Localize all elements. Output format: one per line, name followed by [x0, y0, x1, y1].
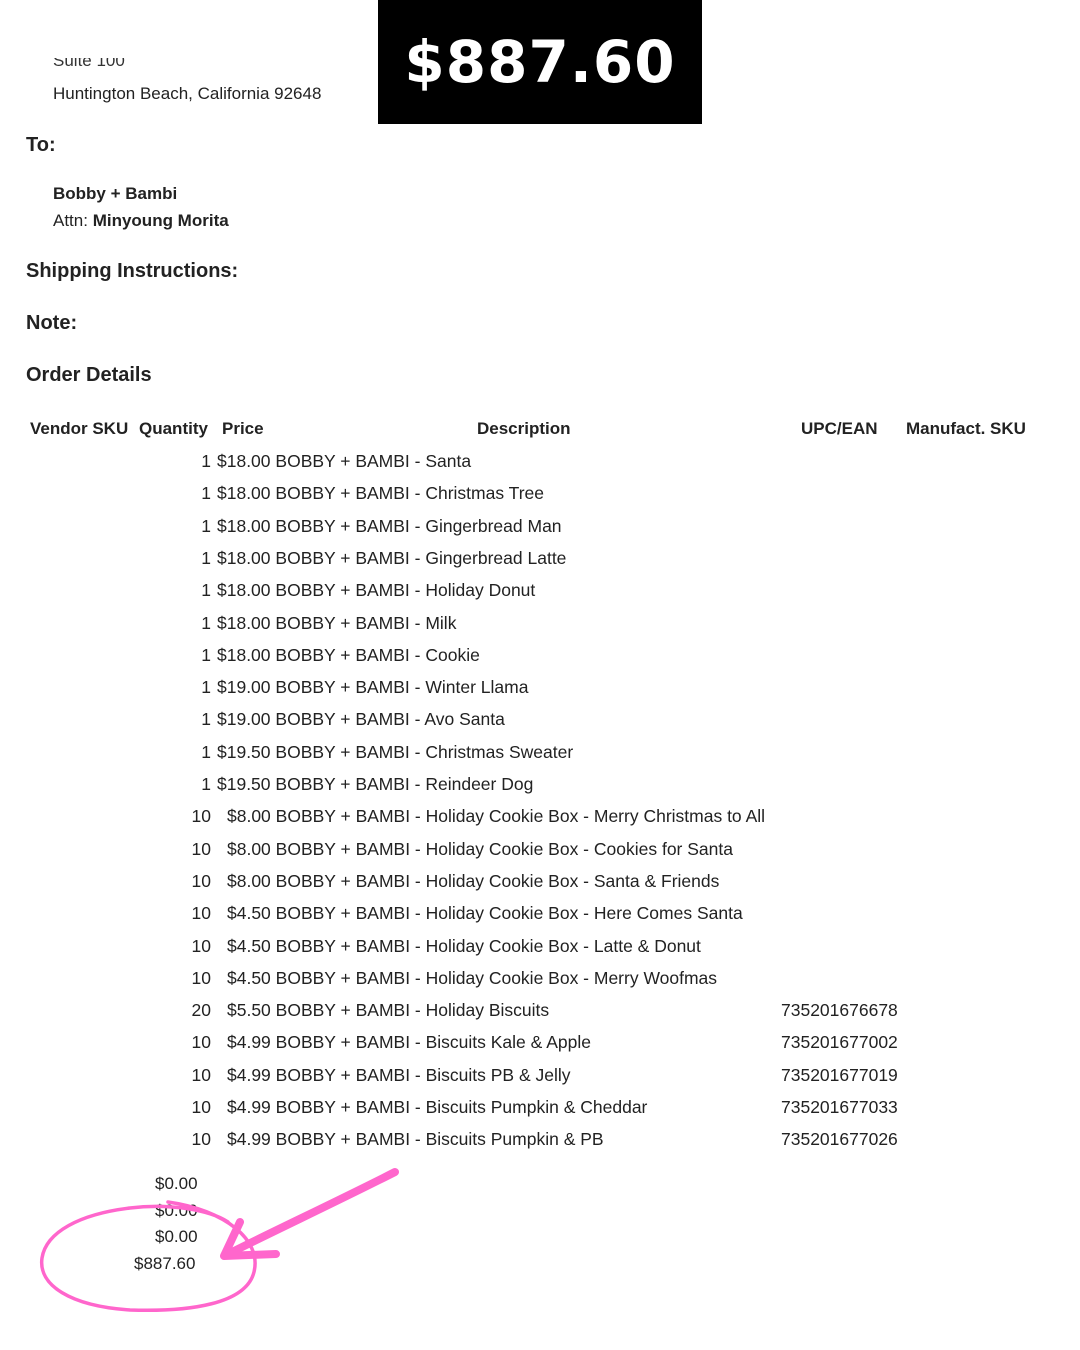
row-price-description: $18.00 BOBBY + BAMBI - Gingerbread Man [217, 516, 562, 537]
row-description: BOBBY + BAMBI - Reindeer Dog [275, 774, 533, 794]
row-price: $8.00 [227, 871, 271, 891]
row-upc: 735201677026 [781, 1129, 898, 1150]
row-quantity: 1 [201, 677, 211, 698]
row-price: $4.99 [227, 1065, 271, 1085]
row-description: BOBBY + BAMBI - Gingerbread Man [275, 516, 561, 536]
row-price-description: $19.00 BOBBY + BAMBI - Winter Llama [217, 677, 528, 698]
row-quantity: 10 [192, 839, 211, 860]
attn-name: Minyoung Morita [93, 211, 229, 230]
col-vendor-sku: Vendor SKU [30, 419, 128, 439]
table-row: 1$19.00 BOBBY + BAMBI - Winter Llama [0, 677, 1080, 709]
row-price: $18.00 [217, 580, 271, 600]
row-quantity: 10 [192, 936, 211, 957]
row-description: BOBBY + BAMBI - Holiday Cookie Box - Coo… [276, 839, 733, 859]
recipient-attn: Attn: Minyoung Morita [53, 211, 229, 231]
total-value: $887.60 [134, 1254, 195, 1274]
table-row: 1$19.00 BOBBY + BAMBI - Avo Santa [0, 709, 1080, 741]
row-price: $8.00 [227, 806, 271, 826]
row-description: BOBBY + BAMBI - Holiday Cookie Box - San… [276, 871, 720, 891]
row-description: BOBBY + BAMBI - Holiday Biscuits [276, 1000, 549, 1020]
row-price: $19.00 [217, 709, 271, 729]
row-price-description: $5.50 BOBBY + BAMBI - Holiday Biscuits [227, 1000, 549, 1021]
row-upc: 735201676678 [781, 1000, 898, 1021]
row-upc: 735201677019 [781, 1065, 898, 1086]
row-price-description: $18.00 BOBBY + BAMBI - Cookie [217, 645, 480, 666]
row-price-description: $4.99 BOBBY + BAMBI - Biscuits Pumpkin &… [227, 1097, 647, 1118]
arrow-shaft-icon [228, 1172, 395, 1254]
row-description: BOBBY + BAMBI - Winter Llama [275, 677, 528, 697]
row-quantity: 20 [192, 1000, 211, 1021]
table-row: 1$19.50 BOBBY + BAMBI - Christmas Sweate… [0, 742, 1080, 774]
row-description: BOBBY + BAMBI - Santa [275, 451, 471, 471]
row-quantity: 10 [192, 1129, 211, 1150]
other-value: $0.00 [155, 1201, 198, 1221]
row-quantity: 10 [192, 968, 211, 989]
row-quantity: 1 [201, 451, 211, 472]
table-row: 10$8.00 BOBBY + BAMBI - Holiday Cookie B… [0, 871, 1080, 903]
row-quantity: 10 [192, 871, 211, 892]
row-price-description: $8.00 BOBBY + BAMBI - Holiday Cookie Box… [227, 839, 733, 860]
col-manufact-sku: Manufact. SKU [906, 419, 1026, 439]
table-row: 10$4.50 BOBBY + BAMBI - Holiday Cookie B… [0, 903, 1080, 935]
row-quantity: 1 [201, 613, 211, 634]
table-row: 1$18.00 BOBBY + BAMBI - Christmas Tree [0, 483, 1080, 515]
row-price: $18.00 [217, 516, 271, 536]
row-description: BOBBY + BAMBI - Christmas Sweater [275, 742, 573, 762]
row-price: $8.00 [227, 839, 271, 859]
row-quantity: 1 [201, 580, 211, 601]
row-price-description: $4.99 BOBBY + BAMBI - Biscuits Pumpkin &… [227, 1129, 604, 1150]
row-price: $18.00 [217, 613, 271, 633]
row-description: BOBBY + BAMBI - Holiday Cookie Box - Her… [276, 903, 743, 923]
row-price-description: $18.00 BOBBY + BAMBI - Holiday Donut [217, 580, 535, 601]
table-row: 1$18.00 BOBBY + BAMBI - Gingerbread Latt… [0, 548, 1080, 580]
note-heading: Note: [26, 312, 77, 335]
row-price-description: $8.00 BOBBY + BAMBI - Holiday Cookie Box… [227, 871, 719, 892]
table-row: 10$4.50 BOBBY + BAMBI - Holiday Cookie B… [0, 968, 1080, 1000]
shipping-instructions-heading: Shipping Instructions: [26, 260, 238, 283]
table-row: 1$18.00 BOBBY + BAMBI - Milk [0, 613, 1080, 645]
table-row: 1$19.50 BOBBY + BAMBI - Reindeer Dog [0, 774, 1080, 806]
table-row: 10$8.00 BOBBY + BAMBI - Holiday Cookie B… [0, 839, 1080, 871]
row-quantity: 1 [201, 774, 211, 795]
row-price-description: $4.50 BOBBY + BAMBI - Holiday Cookie Box… [227, 968, 717, 989]
row-description: BOBBY + BAMBI - Cookie [275, 645, 479, 665]
row-quantity: 10 [192, 903, 211, 924]
row-quantity: 1 [201, 516, 211, 537]
row-price-description: $4.99 BOBBY + BAMBI - Biscuits Kale & Ap… [227, 1032, 591, 1053]
row-quantity: 1 [201, 548, 211, 569]
row-price: $4.50 [227, 903, 271, 923]
row-description: BOBBY + BAMBI - Biscuits Kale & Apple [276, 1032, 591, 1052]
row-price: $4.99 [227, 1032, 271, 1052]
table-row: 10$4.99 BOBBY + BAMBI - Biscuits Kale & … [0, 1032, 1080, 1064]
row-price-description: $19.50 BOBBY + BAMBI - Reindeer Dog [217, 774, 533, 795]
attn-label: Attn: [53, 211, 88, 230]
table-row: 10$4.99 BOBBY + BAMBI - Biscuits PB & Je… [0, 1065, 1080, 1097]
row-price: $4.50 [227, 968, 271, 988]
address-partial-text: Suite 100 [53, 58, 133, 69]
row-price-description: $18.00 BOBBY + BAMBI - Gingerbread Latte [217, 548, 566, 569]
row-description: BOBBY + BAMBI - Holiday Donut [275, 580, 535, 600]
col-price: Price [222, 419, 264, 439]
total-badge-text: $887.60 [404, 28, 675, 96]
row-quantity: 10 [192, 1032, 211, 1053]
table-row: 20$5.50 BOBBY + BAMBI - Holiday Biscuits… [0, 1000, 1080, 1032]
order-details-heading: Order Details [26, 364, 152, 387]
row-quantity: 1 [201, 645, 211, 666]
table-row: 10$4.99 BOBBY + BAMBI - Biscuits Pumpkin… [0, 1097, 1080, 1129]
row-description: BOBBY + BAMBI - Holiday Cookie Box - Mer… [276, 968, 717, 988]
to-heading: To: [26, 134, 56, 157]
col-quantity: Quantity [139, 419, 208, 439]
row-description: BOBBY + BAMBI - Gingerbread Latte [275, 548, 566, 568]
row-quantity: 1 [201, 709, 211, 730]
row-quantity: 10 [192, 1097, 211, 1118]
row-price-description: $4.50 BOBBY + BAMBI - Holiday Cookie Box… [227, 936, 701, 957]
row-description: BOBBY + BAMBI - Biscuits Pumpkin & Chedd… [276, 1097, 648, 1117]
row-price-description: $19.00 BOBBY + BAMBI - Avo Santa [217, 709, 505, 730]
table-row: 1$18.00 BOBBY + BAMBI - Holiday Donut [0, 580, 1080, 612]
row-upc: 735201677002 [781, 1032, 898, 1053]
table-row: 10$4.99 BOBBY + BAMBI - Biscuits Pumpkin… [0, 1129, 1080, 1161]
shipping-value: $0.00 [155, 1227, 198, 1247]
row-price-description: $18.00 BOBBY + BAMBI - Christmas Tree [217, 483, 544, 504]
row-price-description: $18.00 BOBBY + BAMBI - Santa [217, 451, 471, 472]
row-description: BOBBY + BAMBI - Biscuits Pumpkin & PB [276, 1129, 604, 1149]
discount-value: $0.00 [155, 1174, 198, 1194]
address-city-line: Huntington Beach, California 92648 [53, 84, 321, 104]
row-price: $18.00 [217, 548, 271, 568]
row-price: $19.50 [217, 774, 271, 794]
recipient-name: Bobby + Bambi [53, 184, 177, 204]
row-description: BOBBY + BAMBI - Holiday Cookie Box - Lat… [276, 936, 701, 956]
row-price: $18.00 [217, 645, 271, 665]
row-description: BOBBY + BAMBI - Milk [275, 613, 456, 633]
row-price-description: $8.00 BOBBY + BAMBI - Holiday Cookie Box… [227, 806, 765, 827]
row-price-description: $19.50 BOBBY + BAMBI - Christmas Sweater [217, 742, 573, 763]
row-description: BOBBY + BAMBI - Christmas Tree [275, 483, 544, 503]
row-description: BOBBY + BAMBI - Avo Santa [275, 709, 504, 729]
row-price: $4.99 [227, 1097, 271, 1117]
row-quantity: 10 [192, 1065, 211, 1086]
row-price: $18.00 [217, 483, 271, 503]
arrow-head-icon [224, 1222, 276, 1256]
col-upc-ean: UPC/EAN [801, 419, 878, 439]
row-quantity: 10 [192, 806, 211, 827]
row-quantity: 1 [201, 483, 211, 504]
row-price: $4.99 [227, 1129, 271, 1149]
row-price-description: $18.00 BOBBY + BAMBI - Milk [217, 613, 456, 634]
row-price: $5.50 [227, 1000, 271, 1020]
address-partial-line: Suite 100 [53, 58, 133, 70]
row-price-description: $4.50 BOBBY + BAMBI - Holiday Cookie Box… [227, 903, 743, 924]
table-row: 1$18.00 BOBBY + BAMBI - Santa [0, 451, 1080, 483]
row-price: $18.00 [217, 451, 271, 471]
table-row: 10$4.50 BOBBY + BAMBI - Holiday Cookie B… [0, 936, 1080, 968]
table-row: 10$8.00 BOBBY + BAMBI - Holiday Cookie B… [0, 806, 1080, 838]
row-price: $19.00 [217, 677, 271, 697]
total-badge: $887.60 [378, 0, 702, 124]
row-description: BOBBY + BAMBI - Holiday Cookie Box - Mer… [276, 806, 765, 826]
row-quantity: 1 [201, 742, 211, 763]
table-row: 1$18.00 BOBBY + BAMBI - Gingerbread Man [0, 516, 1080, 548]
col-description: Description [477, 419, 571, 439]
row-price: $4.50 [227, 936, 271, 956]
row-description: BOBBY + BAMBI - Biscuits PB & Jelly [276, 1065, 571, 1085]
row-price-description: $4.99 BOBBY + BAMBI - Biscuits PB & Jell… [227, 1065, 571, 1086]
table-row: 1$18.00 BOBBY + BAMBI - Cookie [0, 645, 1080, 677]
row-upc: 735201677033 [781, 1097, 898, 1118]
row-price: $19.50 [217, 742, 271, 762]
